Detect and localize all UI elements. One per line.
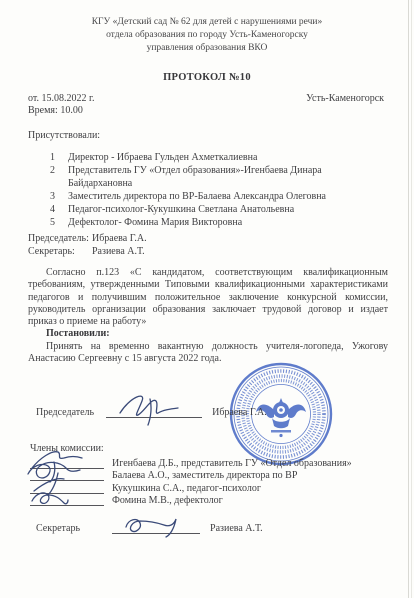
time-text: Время: 10.00 [28,105,83,116]
secretary-row: Секретарь: Разиева А.Т. [28,246,147,259]
scan-edge-line-2 [411,0,412,598]
date-text: от. 15.08.2022 г. [28,93,94,104]
signature-scribble [118,513,206,537]
member-row: Фомина М.В., дефектолог [30,494,352,507]
secretary-label: Секретарь: [28,246,92,259]
member-text: Балаева А.О., заместитель директора по В… [112,470,297,481]
attendee-row: 3 Заместитель директора по ВР-Балаева Ал… [50,191,362,204]
member-text: Кукушкина С.А., педагог-психолог [112,483,261,494]
signature-scribble [114,389,210,423]
secretary-signature-row: Секретарь Разиева А.Т. [36,522,263,534]
attendee-text: Дефектолог- Фомина Мария Викторовна [68,217,362,230]
attendee-number: 4 [50,204,68,217]
attendee-row: 1 Директор - Ибраева Гульден Ахметкалиев… [50,152,362,165]
attendee-row: 2 Представитель ГУ «Отдел образования»-И… [50,165,362,190]
signature-line [112,522,200,534]
secretary-name: Разиева А.Т. [92,246,145,259]
meta-row: от. 15.08.2022 г. Усть-Каменогорск [28,93,384,104]
body-paragraph: Согласно п.123 «С кандидатом, соответств… [28,267,388,328]
body-block: Согласно п.123 «С кандидатом, соответств… [28,267,388,365]
attendees-heading: Присутствовали: [28,130,100,141]
attendee-text: Педагог-психолог-Кукушкина Светлана Анат… [68,204,362,217]
scanned-protocol-document: КГУ «Детский сад № 62 для детей с наруше… [0,0,414,598]
chairman-label: Председатель: [28,233,92,246]
header-line-3: управления образования ВКО [0,42,414,55]
attendee-row: 4 Педагог-психолог-Кукушкина Светлана Ан… [50,204,362,217]
attendee-row: 5 Дефектолог- Фомина Мария Викторовна [50,217,362,230]
member-text: Фомина М.В., дефектолог [112,495,223,506]
city-text: Усть-Каменогорск [306,93,384,104]
header-line-2: отдела образования по городу Усть-Камено… [0,29,414,42]
signature-chairman-label: Председатель [36,407,94,418]
officials-block: Председатель: Ибраева Г.А. Секретарь: Ра… [28,233,147,258]
signature-chairman-name: Ибраева Г.А. [212,407,267,418]
attendee-number: 5 [50,217,68,230]
header-line-1: КГУ «Детский сад № 62 для детей с наруше… [0,16,414,29]
attendee-text: Представитель ГУ «Отдел образования»-Иге… [68,165,362,190]
members-list: Игенбаева Д.Б., представитель ГУ «Отдел … [30,456,352,506]
signature-scribble [24,483,94,509]
member-text: Игенбаева Д.Б., представитель ГУ «Отдел … [112,458,352,469]
chairman-signature-row: Председатель Ибраева Г.А. [36,406,267,418]
attendee-text: Заместитель директора по ВР-Балаева Алек… [68,191,362,204]
attendee-text: Директор - Ибраева Гульден Ахметкалиевна [68,152,362,165]
signature-secretary-name: Разиева А.Т. [210,523,263,534]
document-title: ПРОТОКОЛ №10 [0,72,414,83]
signature-line [30,494,104,507]
document-header: КГУ «Детский сад № 62 для детей с наруше… [0,16,414,55]
signature-secretary-label: Секретарь [36,523,80,534]
chairman-name: Ибраева Г.А. [92,233,147,246]
signature-line [106,406,202,418]
attendee-number: 2 [50,165,68,190]
chairman-row: Председатель: Ибраева Г.А. [28,233,147,246]
scan-edge-line [408,0,409,598]
attendee-number: 3 [50,191,68,204]
attendee-number: 1 [50,152,68,165]
resolution-heading: Постановили: [28,328,388,340]
attendee-list: 1 Директор - Ибраева Гульден Ахметкалиев… [50,152,362,230]
